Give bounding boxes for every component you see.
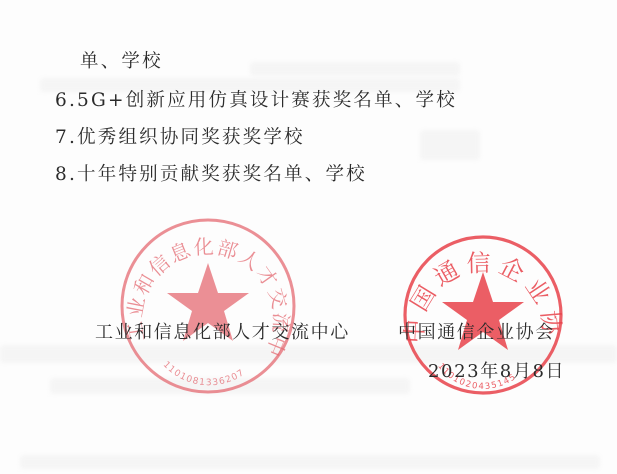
bleed-through (20, 455, 600, 469)
document-page: 单、学校 6.5G+创新应用仿真设计赛获奖名单、学校 7.优秀组织协同奖获奖学校… (0, 0, 617, 474)
official-seal-left: 工业和信息化部人才交流中心 1101081336207 (117, 215, 299, 397)
bleed-through (250, 62, 460, 76)
signature-date: 2023年8月8日 (428, 361, 565, 383)
list-item-6: 6.5G+创新应用仿真设计赛获奖名单、学校 (55, 90, 457, 112)
list-item-7: 7.优秀组织协同奖获奖学校 (55, 127, 305, 149)
bleed-through (420, 130, 480, 160)
seal-left-icon: 工业和信息化部人才交流中心 1101081336207 (117, 215, 299, 397)
list-item-8: 8.十年特别贡献奖获奖名单、学校 (55, 164, 367, 186)
signature-org-2: 中国通信企业协会 (398, 322, 555, 344)
list-item-continuation: 单、学校 (80, 51, 163, 73)
signature-org-1: 工业和信息化部人才交流中心 (95, 322, 350, 344)
